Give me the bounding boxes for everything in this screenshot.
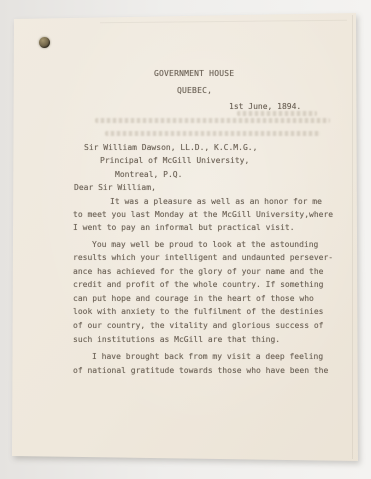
recipient-title: Principal of McGill University, bbox=[100, 156, 249, 165]
body-line: I have brought back from my visit a deep… bbox=[92, 352, 323, 361]
paper-top-crease bbox=[100, 20, 347, 24]
recipient-location: Montreal, P.Q. bbox=[115, 170, 182, 179]
body-line: such institutions as McGill are that thi… bbox=[73, 335, 280, 344]
bleed-through-line bbox=[95, 118, 330, 123]
body-line: It was a pleasure as well as an honor fo… bbox=[110, 197, 322, 206]
bleed-through-line bbox=[105, 131, 320, 136]
body-line: I went to pay an informal but practical … bbox=[73, 223, 295, 232]
letter-date: 1st June, 1894. bbox=[229, 102, 301, 111]
scanned-letter-page: GOVERNMENT HOUSE QUEBEC, 1st June, 1894.… bbox=[0, 0, 371, 479]
letterhead-institution: GOVERNMENT HOUSE bbox=[154, 69, 234, 78]
paper-shadow: GOVERNMENT HOUSE QUEBEC, 1st June, 1894.… bbox=[0, 0, 371, 479]
body-line: ance has achieved for the glory of your … bbox=[73, 267, 323, 276]
body-line: credit and profit of the whole country. … bbox=[73, 280, 323, 289]
brass-fastener-icon bbox=[39, 37, 50, 48]
letter-paper: GOVERNMENT HOUSE QUEBEC, 1st June, 1894.… bbox=[0, 0, 371, 479]
body-line: results which your intelligent and undau… bbox=[73, 253, 333, 262]
recipient-name: Sir William Dawson, LL.D., K.C.M.G., bbox=[84, 143, 257, 152]
body-line: of national gratitude towards those who … bbox=[73, 366, 328, 375]
body-line: to meet you last Monday at the McGill Un… bbox=[73, 210, 333, 219]
body-line: of our country, the vitality and gloriou… bbox=[73, 321, 323, 330]
body-line: can put hope and courage in the heart of… bbox=[73, 294, 314, 303]
body-line: look with anxiety to the fulfilment of t… bbox=[73, 307, 323, 316]
paper-right-edge-line bbox=[352, 15, 353, 459]
body-line: You may well be proud to look at the ast… bbox=[92, 240, 318, 249]
bleed-through-line bbox=[237, 111, 317, 116]
salutation: Dear Sir William, bbox=[74, 183, 156, 192]
letterhead-city: QUEBEC, bbox=[177, 86, 212, 95]
